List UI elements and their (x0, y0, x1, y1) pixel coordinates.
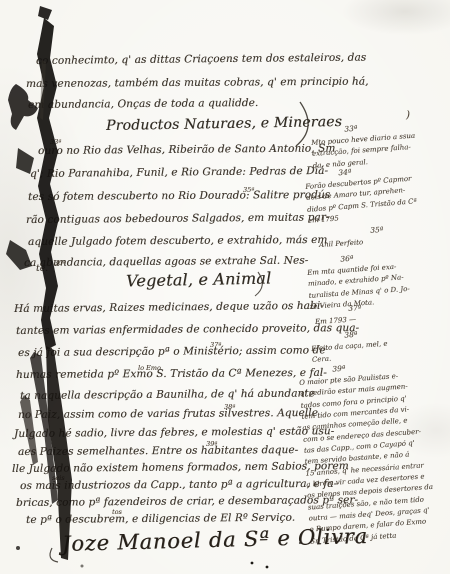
vegetal-line-6: no Paiz, assim como de varias frutas sil… (18, 407, 318, 421)
margin-note-37: 37ª Em 1793 — (314, 302, 362, 328)
intro-line-1: co conhecimto, q' as dittas Criaçoens te… (36, 52, 366, 67)
minerals-line-1: ouro no Rio das Velhas, Ribeirão de Sant… (38, 142, 336, 157)
vegetal-line-5: ta naquella descripção a Baunilha, de q'… (20, 387, 315, 402)
section-heading-minerals: Productos Naturaes, e Mineraes (106, 114, 342, 134)
margin-note-34: 34ª Forão descubertos pº Capmor dois de … (304, 161, 418, 227)
minerals-fragment: te. (36, 264, 48, 274)
margin-note-35-marker: 35ª (370, 224, 384, 237)
vegetal-line-8: aes Paizes semelhantes. Entre os habitan… (18, 444, 298, 458)
minerals-line-3: tes só fotem descuberto no Rio Dourado: … (28, 189, 330, 203)
vegetal-line-12: te pª o descubrem, e diligencias de El R… (26, 512, 295, 526)
vegetal-line-7: Julgado hé sadio, livre das febres, e mo… (14, 425, 334, 440)
note-ref-36: 36ª (54, 259, 65, 267)
intro-line-3: em abundancia, Onças de toda a qualidde. (28, 97, 258, 111)
vegetal-line-1: Há muitas ervas, Raizes medicinaes, dequ… (14, 300, 324, 315)
minerals-line-5: aquelle Julgado fotem descuberto, e extr… (28, 234, 328, 248)
margin-note-39: 39ª O maior pte são Paulistas e- q' pedi… (298, 357, 437, 547)
vegetal-line-2: tantes em varias enfermidades de conheci… (16, 322, 359, 337)
intro-line-2: mas venenozas, também das muitas cobras,… (26, 76, 369, 90)
minerals-line-4: rão contiguas aos bebedouros Salgados, e… (26, 211, 330, 226)
margin-note-35: 35ª Anil Perfeito (318, 224, 384, 251)
signature: Joze Manoel da Sª e Olivra (62, 524, 368, 556)
vegetal-line-3: es já foi a sua descripção pª o Ministér… (18, 344, 326, 359)
section-heading-vegetal: Vegetal, e Animal (126, 268, 272, 290)
margin-note-37-marker: 37ª (348, 302, 362, 315)
vegetal-line-10: os mais industriozos da Capp., tanto pª … (20, 478, 337, 492)
margin-note-35-line: Anil Perfeito (319, 236, 385, 251)
vegetal-line-4: humas remetida pº Exmo S. Tristão da Cª … (16, 367, 327, 381)
vegetal-line-9: lle Julgado não existem homens formados,… (12, 460, 349, 475)
manuscript-page: co conhecimto, q' as dittas Criaçoens te… (0, 0, 450, 574)
minerals-line-6: ca abundancia, daquellas agoas se extrah… (24, 255, 308, 269)
minerals-line-2: q'; Rio Paranahiba, Funil, e Rio Grande:… (30, 165, 328, 180)
